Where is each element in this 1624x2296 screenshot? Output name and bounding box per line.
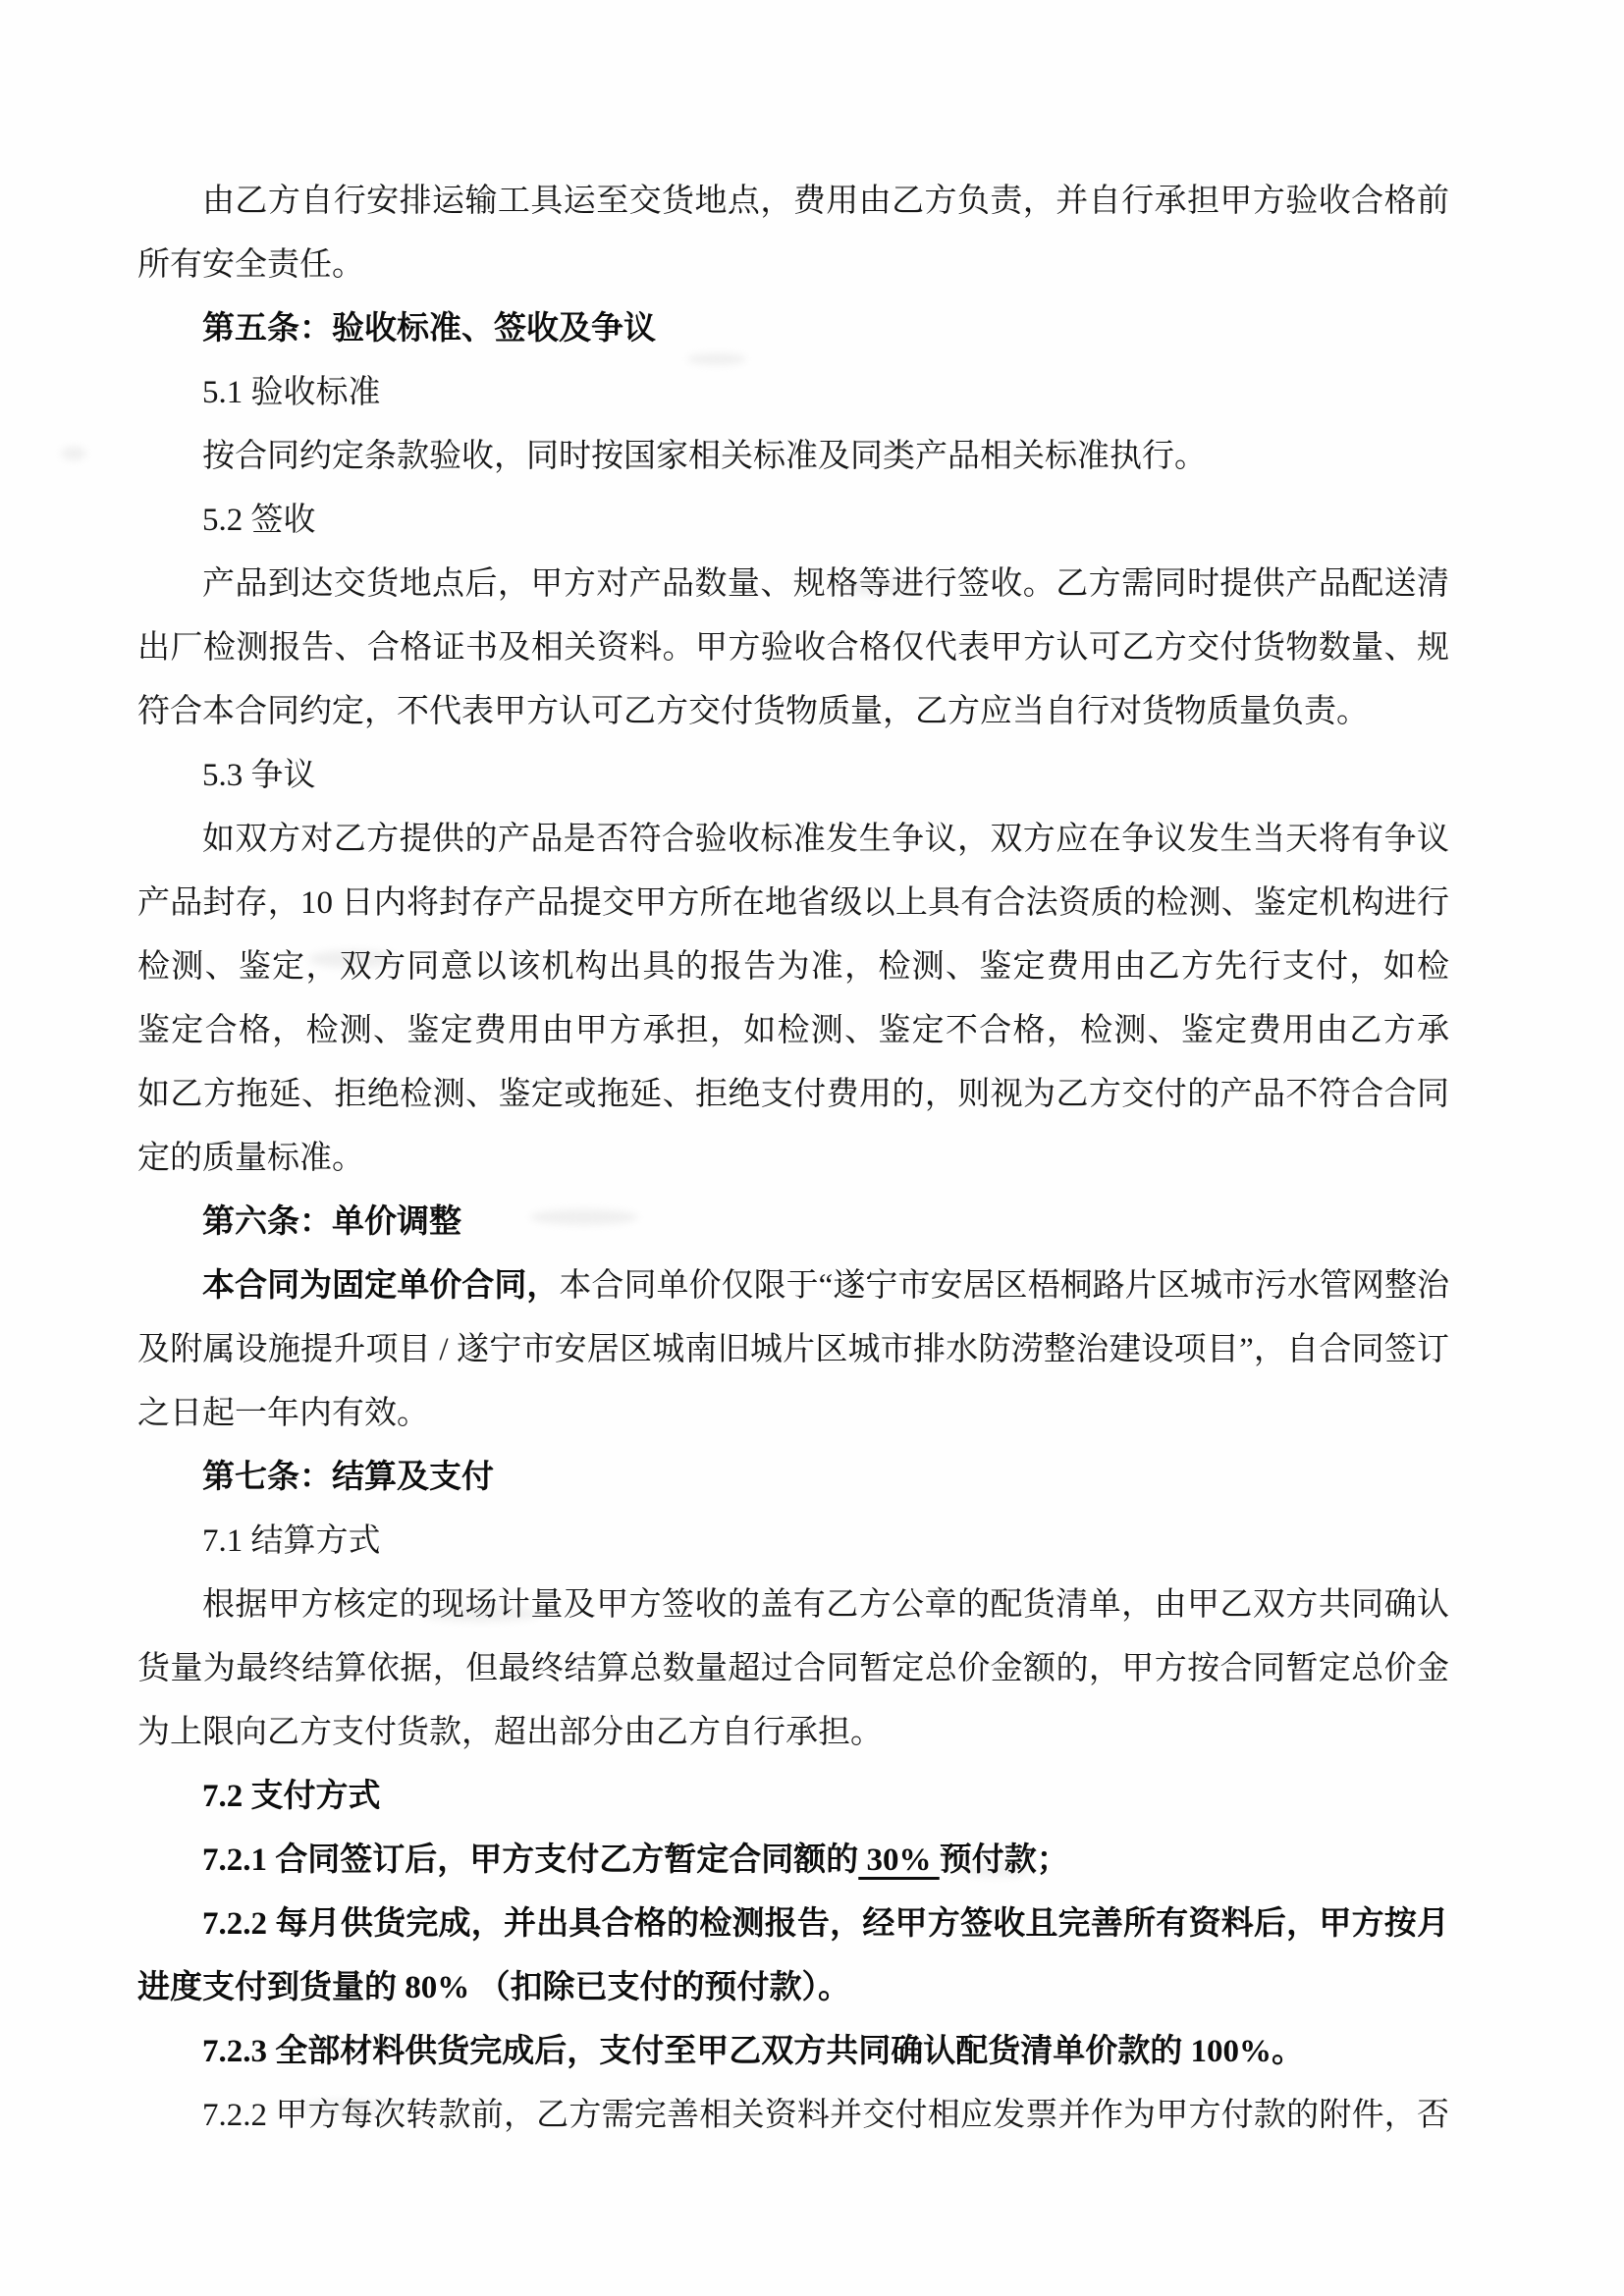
text-line: 7.2.1 合同签订后，甲方支付乙方暂定合同额的 30% 预付款； (137, 1829, 1449, 1893)
text-line: 7.2.3 全部材料供货完成后，支付至甲乙双方共同确认配货清单价款的 100%。 (137, 2020, 1449, 2084)
text-run: 产品到达交货地点后，甲方对产品数量、规格等进行签收。乙方需同时提供产品配送清单、 (137, 566, 1449, 616)
contract-page: 由乙方自行安排运输工具运至交货地点，费用由乙方负责，并自行承担甲方验收合格前的所… (0, 0, 1624, 2296)
text-run: 及附属设施提升项目 / 遂宁市安居区城南旧城片区城市排水防涝整治建设项目”，自合… (137, 1332, 1449, 1367)
underlined-value: 30% (858, 1842, 940, 1878)
text-run: 5.2 签收 (202, 503, 316, 538)
text-line: 检测、鉴定，双方同意以该机构出具的报告为准，检测、鉴定费用由乙方先行支付，如检测… (137, 935, 1449, 999)
text-line: 为上限向乙方支付货款，超出部分由乙方自行承担。 (137, 1701, 1449, 1765)
text-run: 出厂检测报告、合格证书及相关资料。甲方验收合格仅代表甲方认可乙方交付货物数量、规… (137, 630, 1449, 680)
text-line: 7.1 结算方式 (137, 1510, 1449, 1574)
text-run: 所有安全责任。 (137, 247, 364, 283)
text-line: 如双方对乙方提供的产品是否符合验收标准发生争议，双方应在争议发生当天将有争议的 (137, 808, 1449, 872)
text-line: 5.1 验收标准 (137, 361, 1449, 425)
text-line: 第六条：单价调整 (137, 1191, 1449, 1255)
text-line: 产品封存，10 日内将封存产品提交甲方所在地省级以上具有合法资质的检测、鉴定机构… (137, 872, 1449, 935)
document-body: 由乙方自行安排运输工具运至交货地点，费用由乙方负责，并自行承担甲方验收合格前的所… (137, 170, 1449, 2148)
text-line: 定的质量标准。 (137, 1127, 1449, 1191)
scan-smudge (61, 447, 86, 460)
text-line: 出厂检测报告、合格证书及相关资料。甲方验收合格仅代表甲方认可乙方交付货物数量、规… (137, 616, 1449, 680)
text-run: 第七条：结算及支付 (202, 1460, 494, 1495)
text-run: 按合同约定条款验收，同时按国家相关标准及同类产品相关标准执行。 (202, 439, 1207, 474)
text-run: 之日起一年内有效。 (137, 1396, 429, 1431)
text-run: 本合同为固定单价合同， (202, 1268, 559, 1304)
text-line: 如乙方拖延、拒绝检测、鉴定或拖延、拒绝支付费用的，则视为乙方交付的产品不符合合同… (137, 1063, 1449, 1127)
text-run: 由乙方自行安排运输工具运至交货地点，费用由乙方负责，并自行承担甲方验收合格前的 (137, 184, 1449, 234)
text-line: 本合同为固定单价合同，本合同单价仅限于“遂宁市安居区梧桐路片区城市污水管网整治 (137, 1255, 1449, 1318)
text-line: 由乙方自行安排运输工具运至交货地点，费用由乙方负责，并自行承担甲方验收合格前的 (137, 170, 1449, 234)
text-run: 7.2.2 甲方每次转款前，乙方需完善相关资料并交付相应发票并作为甲方付款的附件… (202, 2098, 1449, 2133)
text-run: 检测、鉴定，双方同意以该机构出具的报告为准，检测、鉴定费用由乙方先行支付，如检测… (137, 949, 1449, 999)
text-run: 7.2.3 全部材料供货完成后，支付至甲乙双方共同确认配货清单价款的 100%。 (202, 2034, 1304, 2069)
text-line: 第五条：验收标准、签收及争议 (137, 297, 1449, 361)
text-run: 为上限向乙方支付货款，超出部分由乙方自行承担。 (137, 1715, 883, 1750)
text-run: 货量为最终结算依据，但最终结算总数量超过合同暂定总价金额的，甲方按合同暂定总价金… (137, 1651, 1449, 1701)
text-run: 如乙方拖延、拒绝检测、鉴定或拖延、拒绝支付费用的，则视为乙方交付的产品不符合合同… (137, 1077, 1449, 1127)
text-line: 7.2 支付方式 (137, 1765, 1449, 1829)
text-run: 预付款； (940, 1842, 1069, 1878)
text-run: 5.3 争议 (202, 758, 316, 793)
text-run: 符合本合同约定，不代表甲方认可乙方交付货物质量，乙方应当自行对货物质量负责。 (137, 694, 1369, 729)
text-run: 产品封存，10 日内将封存产品提交甲方所在地省级以上具有合法资质的检测、鉴定机构… (137, 885, 1449, 921)
text-line: 产品到达交货地点后，甲方对产品数量、规格等进行签收。乙方需同时提供产品配送清单、 (137, 553, 1449, 616)
text-run: 本合同单价仅限于“遂宁市安居区梧桐路片区城市污水管网整治 (559, 1268, 1449, 1304)
text-run: 7.2.2 每月供货完成，并出具合格的检测报告，经甲方签收且完善所有资料后，甲方… (202, 1906, 1449, 1942)
text-line: 鉴定合格，检测、鉴定费用由甲方承担，如检测、鉴定不合格，检测、鉴定费用由乙方承担… (137, 999, 1449, 1063)
text-run: 第五条：验收标准、签收及争议 (202, 311, 656, 347)
text-run: 进度支付到货量的 80% （扣除已支付的预付款）。 (137, 1970, 850, 2005)
text-line: 货量为最终结算依据，但最终结算总数量超过合同暂定总价金额的，甲方按合同暂定总价金… (137, 1637, 1449, 1701)
text-line: 之日起一年内有效。 (137, 1382, 1449, 1446)
text-line: 符合本合同约定，不代表甲方认可乙方交付货物质量，乙方应当自行对货物质量负责。 (137, 680, 1449, 744)
text-line: 所有安全责任。 (137, 234, 1449, 297)
text-run: 定的质量标准。 (137, 1141, 364, 1176)
text-run: 5.1 验收标准 (202, 375, 381, 410)
text-line: 根据甲方核定的现场计量及甲方签收的盖有乙方公章的配货清单，由甲乙双方共同确认供 (137, 1574, 1449, 1637)
text-run: 根据甲方核定的现场计量及甲方签收的盖有乙方公章的配货清单，由甲乙双方共同确认供 (137, 1587, 1449, 1637)
text-line: 按合同约定条款验收，同时按国家相关标准及同类产品相关标准执行。 (137, 425, 1449, 489)
text-run: 7.1 结算方式 (202, 1523, 381, 1559)
text-line: 第七条：结算及支付 (137, 1446, 1449, 1510)
text-run: 第六条：单价调整 (202, 1204, 461, 1240)
text-line: 7.2.2 甲方每次转款前，乙方需完善相关资料并交付相应发票并作为甲方付款的附件… (137, 2084, 1449, 2148)
text-line: 7.2.2 每月供货完成，并出具合格的检测报告，经甲方签收且完善所有资料后，甲方… (137, 1893, 1449, 1956)
text-line: 5.3 争议 (137, 744, 1449, 808)
text-run: 如双方对乙方提供的产品是否符合验收标准发生争议，双方应在争议发生当天将有争议的 (137, 822, 1449, 872)
text-line: 及附属设施提升项目 / 遂宁市安居区城南旧城片区城市排水防涝整治建设项目”，自合… (137, 1318, 1449, 1382)
text-run: 鉴定合格，检测、鉴定费用由甲方承担，如检测、鉴定不合格，检测、鉴定费用由乙方承担… (137, 1013, 1449, 1063)
text-run: 7.2.1 合同签订后，甲方支付乙方暂定合同额的 (202, 1842, 858, 1878)
text-line: 5.2 签收 (137, 489, 1449, 553)
text-line: 进度支付到货量的 80% （扣除已支付的预付款）。 (137, 1956, 1449, 2020)
text-run: 7.2 支付方式 (202, 1779, 381, 1814)
